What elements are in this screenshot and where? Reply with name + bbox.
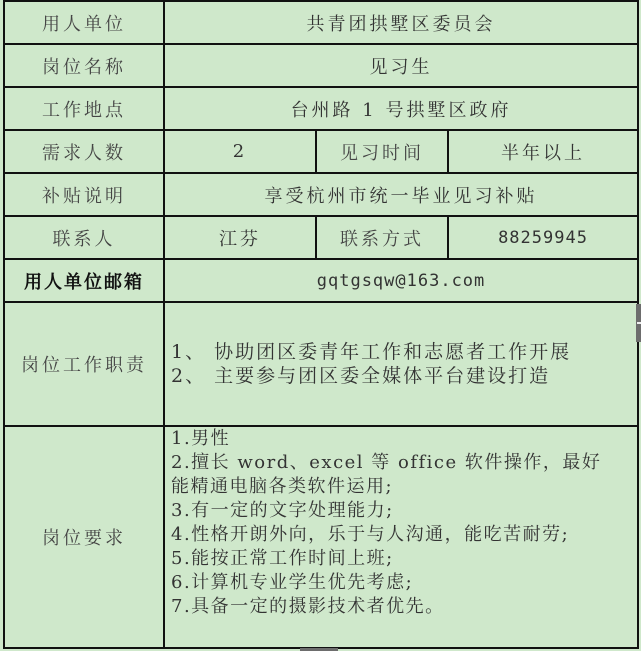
contact-person-label: 联系人 xyxy=(4,216,164,259)
row-email: 用人单位邮箱 gqtgsqw@163.com xyxy=(4,259,638,302)
location-value: 台州路 1 号拱墅区政府 xyxy=(164,87,638,130)
requirements-list: 1.男性 2.擅长 word、excel 等 office 软件操作，最好 能精… xyxy=(164,426,638,648)
email-label: 用人单位邮箱 xyxy=(4,259,164,302)
duty-item: 2、 主要参与团区委全媒体平台建设打造 xyxy=(171,364,637,388)
row-requirements: 岗位要求 1.男性 2.擅长 word、excel 等 office 软件操作，… xyxy=(4,426,638,648)
requirements-label: 岗位要求 xyxy=(4,426,164,648)
requirement-item: 7.具备一定的摄影技术者优先。 xyxy=(171,595,637,619)
headcount-label: 需求人数 xyxy=(4,130,164,173)
duration-label: 见习时间 xyxy=(316,130,448,173)
requirement-item: 2.擅长 word、excel 等 office 软件操作，最好 xyxy=(171,451,637,475)
location-label: 工作地点 xyxy=(4,87,164,130)
requirement-item: 4.性格开朗外向，乐于与人沟通，能吃苦耐劳; xyxy=(171,523,637,547)
email-value: gqtgsqw@163.com xyxy=(164,259,638,302)
subsidy-label: 补贴说明 xyxy=(4,173,164,216)
contact-method-label: 联系方式 xyxy=(316,216,448,259)
duty-item: 1、 协助团区委青年工作和志愿者工作开展 xyxy=(171,340,637,364)
duties-label: 岗位工作职责 xyxy=(4,302,164,426)
duration-value: 半年以上 xyxy=(448,130,638,173)
row-location: 工作地点 台州路 1 号拱墅区政府 xyxy=(4,87,638,130)
position-value: 见习生 xyxy=(164,44,638,87)
vertical-scrollbar-handle[interactable] xyxy=(636,304,641,342)
requirement-item: 6.计算机专业学生优先考虑; xyxy=(171,571,637,595)
row-duties: 岗位工作职责 1、 协助团区委青年工作和志愿者工作开展 2、 主要参与团区委全媒… xyxy=(4,302,638,426)
row-employer: 用人单位 共青团拱墅区委员会 xyxy=(4,1,638,44)
employer-value: 共青团拱墅区委员会 xyxy=(164,1,638,44)
contact-person-value: 江芬 xyxy=(164,216,316,259)
employer-label: 用人单位 xyxy=(4,1,164,44)
job-posting-table: 用人单位 共青团拱墅区委员会 岗位名称 见习生 工作地点 台州路 1 号拱墅区政… xyxy=(3,0,636,649)
requirement-item: 3.有一定的文字处理能力; xyxy=(171,499,637,523)
subsidy-value: 享受杭州市统一毕业见习补贴 xyxy=(164,173,638,216)
position-label: 岗位名称 xyxy=(4,44,164,87)
requirement-item: 1.男性 xyxy=(171,427,637,451)
headcount-value: 2 xyxy=(164,130,316,173)
requirement-item: 5.能按正常工作时间上班; xyxy=(171,547,637,571)
row-position: 岗位名称 见习生 xyxy=(4,44,638,87)
duties-list: 1、 协助团区委青年工作和志愿者工作开展 2、 主要参与团区委全媒体平台建设打造 xyxy=(164,302,638,426)
contact-phone-value: 88259945 xyxy=(448,216,638,259)
row-contact: 联系人 江芬 联系方式 88259945 xyxy=(4,216,638,259)
row-headcount: 需求人数 2 见习时间 半年以上 xyxy=(4,130,638,173)
requirement-item: 能精通电脑各类软件运用; xyxy=(171,475,637,499)
row-subsidy: 补贴说明 享受杭州市统一毕业见习补贴 xyxy=(4,173,638,216)
